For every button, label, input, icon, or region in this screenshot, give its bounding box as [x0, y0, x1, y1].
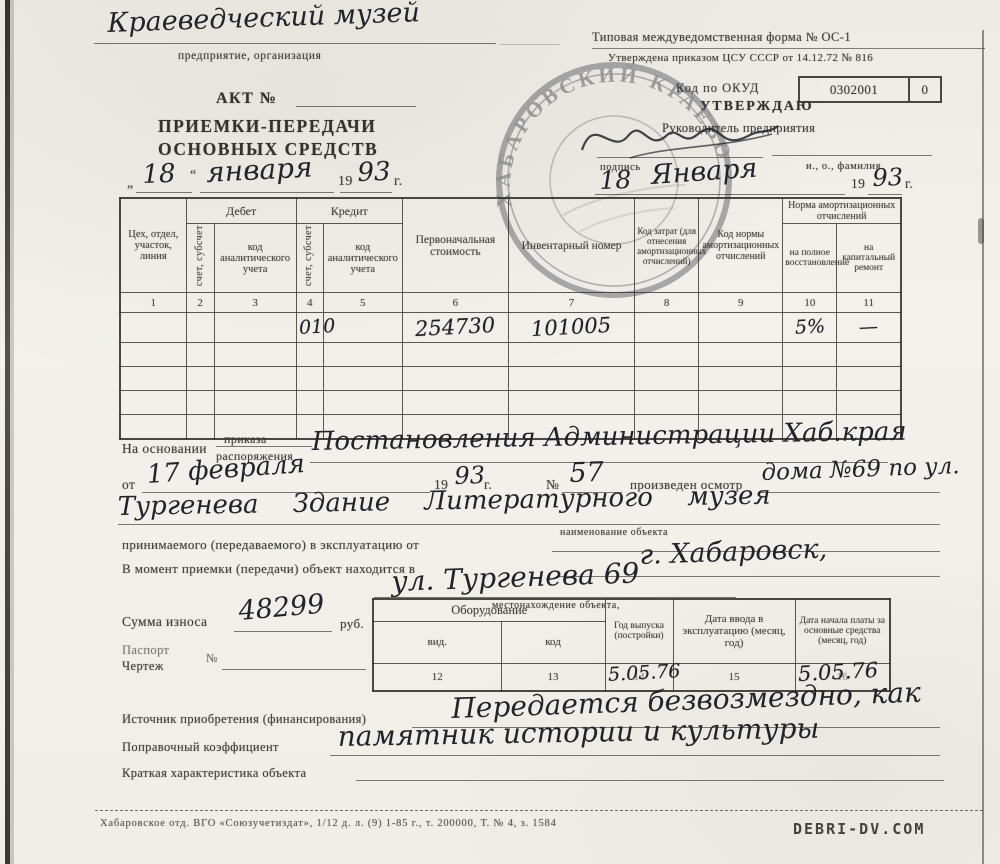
approve-date-year: 93	[872, 163, 904, 192]
act-date-open-quote: „	[127, 176, 134, 192]
scanned-act-form: Краеведческий музей предприятие, организ…	[0, 0, 1000, 864]
col-header-credit-account: счет, субсчет	[296, 224, 323, 293]
empty-cell	[186, 343, 214, 367]
coef-hw: памятник истории и культуры	[337, 712, 819, 753]
equipment-header: Оборудование	[373, 599, 605, 621]
basis-inspect-hw: дома №69 по ул.	[761, 453, 960, 486]
act-date-underline2	[200, 192, 334, 193]
empty-cell	[120, 367, 186, 391]
empty-cell	[214, 367, 296, 391]
empty-cell	[214, 343, 296, 367]
drawing-label: Чертеж	[122, 659, 164, 674]
wear-currency: руб.	[340, 616, 364, 632]
approve-year-underline	[868, 194, 902, 195]
empty-cell	[635, 367, 699, 391]
empty-cell	[699, 313, 783, 343]
norm-capital-hw: —	[859, 317, 879, 337]
empty-cell	[402, 391, 508, 415]
empty-cell	[323, 367, 402, 391]
org-underline	[94, 43, 496, 44]
act-date-day: 18	[142, 159, 176, 190]
norm-full-hw: 5%	[794, 317, 825, 338]
empty-cell	[120, 343, 186, 367]
act-year-printed: 19	[338, 174, 353, 190]
col-num: 9	[699, 293, 783, 313]
norm-full-value: 5%	[783, 313, 837, 343]
col-num: 8	[635, 293, 699, 313]
empty-cell	[186, 367, 214, 391]
empty-cell	[508, 367, 634, 391]
location-street-hw: ул. Тургенева 69	[391, 556, 640, 598]
col-num: 5	[323, 293, 402, 313]
empty-cell	[186, 391, 214, 415]
main-table: Цех, отдел, участок, линия Дебет Кредит …	[119, 197, 902, 440]
col-num: 7	[508, 293, 634, 313]
year-built-hw: 5.05.76	[607, 662, 680, 685]
col-header-credit: Кредит	[296, 198, 402, 224]
act-number-label: АКТ №	[216, 90, 277, 108]
scan-edge-left-smear	[10, 0, 14, 864]
credit-account-hw: 010	[298, 317, 335, 338]
col-header-credit-analytic: код аналитического учета	[323, 224, 402, 293]
footer-rule	[95, 810, 983, 811]
empty-cell	[837, 391, 901, 415]
org-caption: предприятие, организация	[178, 50, 321, 62]
column-numbers-row: 1 2 3 4 5 6 7 8 9 10 11	[120, 293, 901, 313]
passport-no-sign: №	[206, 651, 218, 666]
basis-inspect-underline	[758, 492, 940, 493]
empty-cell	[120, 313, 186, 343]
credit-account-label: счет, субсчет	[304, 225, 315, 286]
act-title-line1: ПРИЕМКИ-ПЕРЕДАЧИ	[158, 116, 376, 137]
col-header-norm-code: Код нормы амортизационных отчислений	[699, 198, 783, 293]
scan-edge-right	[982, 30, 984, 864]
name-caption: и., о., фамилия	[806, 161, 881, 172]
empty-cell	[214, 313, 296, 343]
empty-cell	[635, 313, 699, 343]
location-line: В момент приемки (передачи) объект наход…	[122, 561, 415, 577]
col-header-cost-code: Код затрат (для отнесения амортизационны…	[635, 198, 699, 293]
empty-cell	[837, 343, 901, 367]
empty-cell	[186, 415, 214, 439]
approve-year-printed: 19	[851, 176, 865, 192]
year-built-header: Год выпуска (постройки)	[605, 599, 673, 663]
okud-code-value: 0302001	[800, 78, 908, 101]
wear-value-hw: 48299	[237, 589, 325, 627]
approve-date-underline	[595, 194, 845, 195]
credit-account-value: 010	[296, 313, 323, 343]
values-row: 010 254730 101005 5% —	[120, 313, 901, 343]
empty-cell	[214, 391, 296, 415]
empty-cell	[699, 367, 783, 391]
initial-cost-value: 254730	[402, 313, 508, 343]
empty-row	[120, 367, 901, 391]
empty-cell	[323, 391, 402, 415]
object-underline	[118, 524, 940, 525]
col-num: 12	[373, 663, 501, 691]
empty-cell	[296, 391, 323, 415]
empty-cell	[508, 391, 634, 415]
accepted-line: принимаемого (передаваемого) в эксплуата…	[122, 537, 419, 553]
act-date-close-quote: “	[190, 168, 197, 184]
empty-cell	[402, 367, 508, 391]
source-label: Источник приобретения (финансирования)	[122, 712, 366, 727]
wear-label: Сумма износа	[122, 614, 207, 630]
empty-cell	[402, 343, 508, 367]
commission-date-header: Дата ввода в эксплуатацию (месяц, год)	[673, 599, 795, 663]
coef-underline	[330, 755, 940, 756]
act-date-underline3	[340, 192, 392, 193]
name-line	[772, 155, 932, 156]
approve-date-day: 18	[599, 165, 632, 195]
act-number-line	[296, 106, 416, 107]
col-num: 6	[402, 293, 508, 313]
col-header-workshop: Цех, отдел, участок, линия	[120, 198, 186, 293]
empty-cell	[186, 313, 214, 343]
coef-label: Поправочный коэффициент	[122, 740, 279, 755]
org-name-handwritten: Краеведческий музей	[107, 0, 420, 39]
passport-label: Паспорт	[122, 643, 169, 658]
scan-edge-right-blob	[978, 218, 984, 244]
object-name-hw: Тургенева Здание Литературного музея	[117, 481, 770, 522]
col-num: 11	[837, 293, 901, 313]
inventory-no-hw: 101005	[531, 315, 612, 340]
col-num: 2	[186, 293, 214, 313]
empty-cell	[214, 415, 296, 439]
empty-cell	[296, 343, 323, 367]
empty-cell	[699, 343, 783, 367]
col-header-initial-cost: Первоначальная стоимость	[402, 198, 508, 293]
empty-cell	[120, 391, 186, 415]
basis-from-label: от	[122, 477, 135, 493]
org-underline-ext	[500, 44, 560, 45]
form-type: Типовая междуведомственная форма № ОС-1	[592, 30, 985, 49]
passport-underline	[222, 669, 366, 670]
empty-cell	[323, 343, 402, 367]
empty-row	[120, 391, 901, 415]
debit-account-label: счет, субсчет	[195, 225, 206, 286]
col-header-debit-analytic: код аналитического учета	[214, 224, 296, 293]
col-header-amort-norm: Норма амортизационных отчислений	[783, 198, 901, 224]
imprint: Хабаровское отд. ВГО «Союзучетиздат», 1/…	[100, 818, 557, 829]
pay-start-header: Дата начала платы за основные средства (…	[795, 599, 890, 663]
act-date-year: 93	[357, 157, 391, 188]
empty-cell	[837, 367, 901, 391]
empty-cell	[635, 391, 699, 415]
equipment-table: Оборудование Год выпуска (постройки) Дат…	[372, 598, 891, 692]
act-date-underline1	[136, 192, 192, 193]
empty-cell	[699, 391, 783, 415]
form-approved-by: Утверждена приказом ЦСУ СССР от 14.12.72…	[608, 52, 873, 64]
empty-cell	[635, 343, 699, 367]
col-num: 3	[214, 293, 296, 313]
empty-cell	[783, 343, 837, 367]
col-num: 4	[296, 293, 323, 313]
brief-label: Краткая характеристика объекта	[122, 766, 307, 781]
initial-cost-hw: 254730	[415, 315, 496, 340]
okud-flag-value: 0	[910, 78, 940, 101]
col-header-debit: Дебет	[186, 198, 296, 224]
basis-fraction-line	[216, 446, 312, 447]
approve-year-suffix: г.	[905, 176, 913, 192]
empty-cell	[508, 343, 634, 367]
equipment-kind-header: вид.	[373, 621, 501, 663]
empty-cell	[783, 391, 837, 415]
okud-box: 0302001 0	[798, 76, 942, 103]
col-num: 10	[783, 293, 837, 313]
empty-cell	[296, 367, 323, 391]
col-header-inventory-no: Инвентарный номер	[508, 198, 634, 293]
object-caption: наименование объекта	[560, 527, 668, 538]
col-num: 1	[120, 293, 186, 313]
empty-cell	[120, 415, 186, 439]
location-city-hw: г. Хабаровск,	[639, 533, 828, 571]
approve-date-month: Января	[650, 153, 758, 191]
brief-underline	[356, 780, 944, 781]
wear-underline	[234, 631, 332, 632]
act-year-suffix: г.	[394, 174, 402, 190]
act-date-month: января	[205, 150, 313, 189]
col-header-debit-account: счет, субсчет	[186, 224, 214, 293]
norm-capital-value: —	[837, 313, 901, 343]
equipment-code-header: код	[501, 621, 605, 663]
empty-row	[120, 343, 901, 367]
basis-prefix: На основании	[122, 441, 207, 457]
empty-cell	[783, 367, 837, 391]
col-header-norm-full: на полное восстановление	[783, 224, 837, 293]
col-header-norm-capital: на капитальный ремонт	[837, 224, 901, 293]
okud-label: Код по ОКУД	[676, 81, 759, 96]
inventory-no-value: 101005	[508, 313, 634, 343]
site-watermark: DEBRI-DV.COM	[793, 820, 925, 838]
